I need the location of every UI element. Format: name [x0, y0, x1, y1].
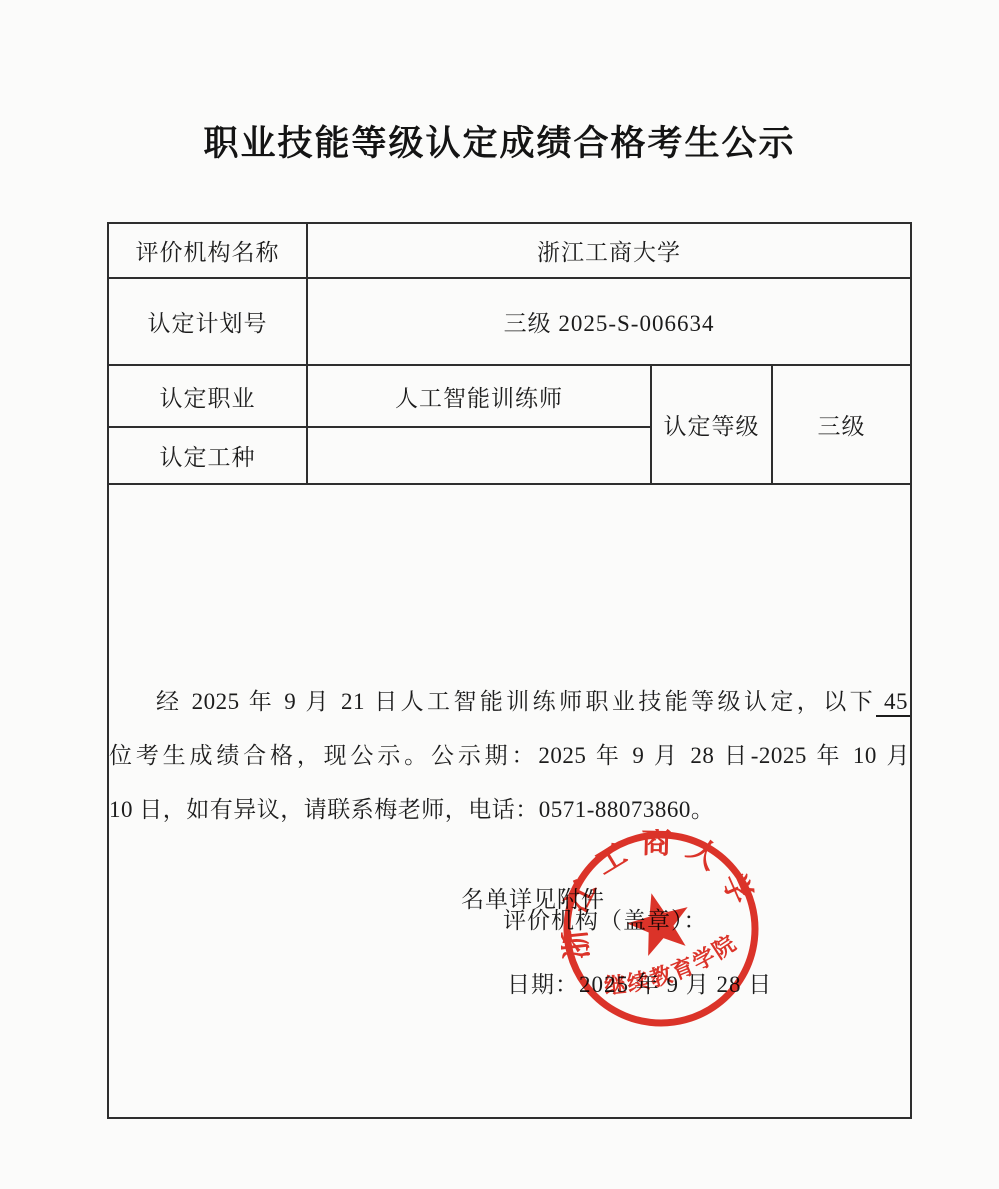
passed-count: 45 [876, 689, 910, 717]
occupation-value: 人工智能训练师 [307, 365, 651, 427]
body-line-1-text: 经 2025 年 9 月 21 日人工智能训练师职业技能等级认定，以下 [156, 689, 876, 714]
table-row-body: 经 2025 年 9 月 21 日人工智能训练师职业技能等级认定，以下45 位考… [108, 484, 911, 1118]
worktype-label: 认定工种 [108, 427, 307, 484]
occupation-label: 认定职业 [108, 365, 307, 427]
grade-label: 认定等级 [651, 365, 772, 484]
body-line-3: 10 日，如有异议，请联系梅老师，电话：0571-88073860。 [109, 783, 910, 837]
signature-date-line: 日期：2025 年 9 月 28 日 [507, 970, 772, 1000]
org-name-label: 评价机构名称 [108, 223, 307, 278]
announcement-body-cell: 经 2025 年 9 月 21 日人工智能训练师职业技能等级认定，以下45 位考… [108, 484, 911, 1118]
org-name-value: 浙江工商大学 [307, 223, 911, 278]
body-line-1: 经 2025 年 9 月 21 日人工智能训练师职业技能等级认定，以下45 [109, 675, 910, 729]
signature-org-line: 评价机构（盖章）： [503, 906, 708, 936]
grade-value: 三级 [772, 365, 911, 484]
body-line-2: 位考生成绩合格，现公示。公示期：2025 年 9 月 28 日-2025 年 1… [109, 729, 910, 783]
worktype-value [307, 427, 651, 484]
table-row-org: 评价机构名称 浙江工商大学 [108, 223, 911, 278]
table-row-occupation: 认定职业 人工智能训练师 认定等级 三级 [108, 365, 911, 427]
document-page: 职业技能等级认定成绩合格考生公示 评价机构名称 浙江工商大学 认定计划号 三级 … [0, 0, 999, 1189]
page-title: 职业技能等级认定成绩合格考生公示 [0, 116, 999, 166]
plan-number-value: 三级 2025-S-006634 [307, 278, 911, 365]
plan-number-label: 认定计划号 [108, 278, 307, 365]
table-row-plan: 认定计划号 三级 2025-S-006634 [108, 278, 911, 365]
